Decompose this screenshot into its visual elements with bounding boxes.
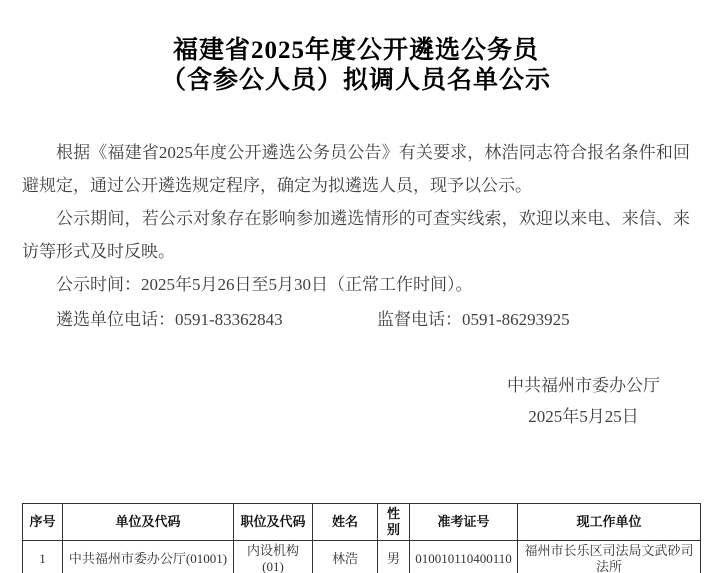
contact-phones-row: 遴选单位电话：0591-83362843 监督电话：0591-86293925 <box>22 303 690 336</box>
col-header-unit: 单位及代码 <box>63 504 234 541</box>
cell-exam-id: 010010110400110 <box>410 541 518 573</box>
publicity-period: 公示时间：2025年5月26日至5月30日（正常工作时间）。 <box>22 268 690 301</box>
cell-position: 内设机构(01) <box>234 541 313 573</box>
selection-unit-phone: 遴选单位电话：0591-83362843 <box>56 303 283 336</box>
table-row: 1 中共福州市委办公厅(01001) 内设机构(01) 林浩 男 0100101… <box>23 541 701 573</box>
report-channels-paragraph: 公示期间，若公示对象存在影响参加遴选情形的可查实线索，欢迎以来电、来信、来访等形… <box>22 202 690 268</box>
signature-date: 2025年5月25日 <box>507 401 660 432</box>
document-title-line1: 福建省2025年度公开遴选公务员 <box>0 36 712 66</box>
intro-paragraph: 根据《福建省2025年度公开遴选公务员公告》有关要求，林浩同志符合报名条件和回避… <box>22 136 690 202</box>
announcement-page: 福建省2025年度公开遴选公务员 （含参公人员）拟调人员名单公示 根据《福建省2… <box>0 0 712 573</box>
candidate-table: 序号 单位及代码 职位及代码 姓名 性别 准考证号 现工作单位 1 中共福州市委… <box>22 503 701 573</box>
col-header-gender: 性别 <box>378 504 410 541</box>
cell-unit: 中共福州市委办公厅(01001) <box>63 541 234 573</box>
col-header-name: 姓名 <box>313 504 378 541</box>
signature-block: 中共福州市委办公厅 2025年5月25日 <box>22 370 690 433</box>
col-header-exam-id: 准考证号 <box>410 504 518 541</box>
cell-gender: 男 <box>378 541 410 573</box>
supervision-phone: 监督电话：0591-86293925 <box>377 303 570 336</box>
cell-name: 林浩 <box>313 541 378 573</box>
col-header-index: 序号 <box>23 504 63 541</box>
col-header-position: 职位及代码 <box>234 504 313 541</box>
document-title-line2: （含参公人员）拟调人员名单公示 <box>0 66 712 96</box>
cell-workplace: 福州市长乐区司法局文武砂司法所 <box>518 541 701 573</box>
table-header-row: 序号 单位及代码 职位及代码 姓名 性别 准考证号 现工作单位 <box>23 504 701 541</box>
document-body: 根据《福建省2025年度公开遴选公务员公告》有关要求，林浩同志符合报名条件和回避… <box>22 136 690 433</box>
document-title: 福建省2025年度公开遴选公务员 （含参公人员）拟调人员名单公示 <box>0 36 712 96</box>
signature-org: 中共福州市委办公厅 <box>507 370 660 401</box>
cell-index: 1 <box>23 541 63 573</box>
col-header-workplace: 现工作单位 <box>518 504 701 541</box>
